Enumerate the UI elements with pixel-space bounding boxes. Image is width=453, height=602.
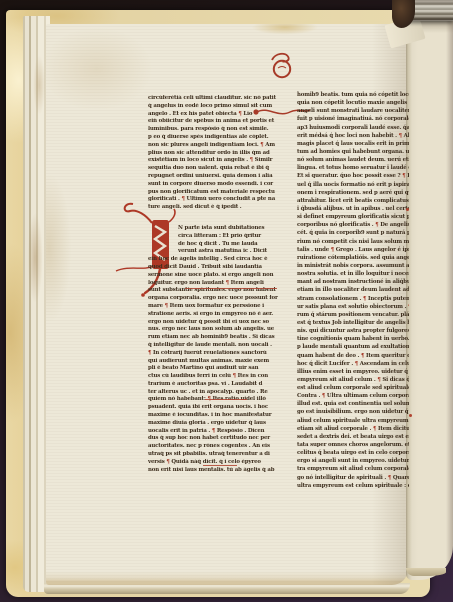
text-line: sedet a dextris dei. et beata uirgo est … bbox=[297, 433, 409, 441]
text-line: nis. qui dicuntur astra propter fulgores… bbox=[297, 327, 409, 335]
text-line: angeli sunt monstrati laudare uocaliter.… bbox=[297, 107, 409, 115]
text-line: quia non cópetit locutio maxie angelis .… bbox=[297, 99, 409, 107]
text-line: etiam in illo uocaliter deum laudent ad … bbox=[297, 286, 409, 294]
text-line: nostra solutia. et in illo loquitur i no… bbox=[297, 270, 409, 278]
red-foliation-ornament-icon bbox=[266, 50, 296, 82]
text-line: utraq́ ps sit pbabilis. utraq́ tenerentu… bbox=[148, 451, 284, 459]
text-line: stram consolationem . ¶ Inceptis putenea… bbox=[297, 295, 409, 303]
text-line: quam habent de deo . ¶ Item queritur de bbox=[297, 352, 409, 360]
text-column-left: circúferétiá celi ultimi clauditur. sic … bbox=[148, 95, 284, 474]
text-line: erit médsá q́ hoc loci non habebit . ¶ A… bbox=[297, 132, 409, 140]
incunable-book-photo: circúferétiá celi ultimi clauditur. sic … bbox=[0, 0, 453, 602]
text-line: uel q́ illa uocis formatio nó erit p isp… bbox=[297, 181, 409, 189]
rubric-margin-dot bbox=[409, 414, 412, 417]
text-line: sermone sine uoce plato. si ergo angeli … bbox=[148, 272, 284, 280]
text-line: rium nó competit cis nisi laus solum men bbox=[297, 238, 409, 246]
text-line: eiń obiicitur de spébus in anima et port… bbox=[148, 118, 284, 126]
text-line: ter alterus uc . et in apocalyp. quarto … bbox=[148, 389, 284, 397]
rubric-underline bbox=[203, 465, 237, 466]
text-line: q́ angelus in eodé loco primo simul sit … bbox=[148, 103, 284, 111]
text-line: corporibus nó glorificatis . ¶ De angeli… bbox=[297, 221, 409, 229]
text-line: i q́busdá alijbus. ut in apibus . uel ce… bbox=[297, 205, 409, 213]
text-line: mare ¶ Item uox formatur ex perssione i bbox=[148, 303, 284, 311]
text-line: existétiam in loco sicut in angelis . ¶ … bbox=[148, 157, 284, 165]
text-line: p laude mentali quantum ad exultationem bbox=[297, 343, 409, 351]
text-line: nus. ergo nec laus non solum ab angelis.… bbox=[148, 326, 284, 334]
text-line: tine cognitionis quam habent in uerbo. e… bbox=[297, 335, 409, 343]
text-line: psuadent. quia ibi erit organa uocis. i … bbox=[148, 404, 284, 412]
text-line: sunt in corpore diuerso modo essendi. i … bbox=[148, 181, 284, 189]
text-line: sequitia duo non ualent. quia rebat é ib… bbox=[148, 165, 284, 173]
text-line: rum q́ stárum positionem vencatur. plánu… bbox=[297, 311, 409, 319]
text-line: loquitur. ergo non laudant ¶ Item angeli bbox=[148, 280, 284, 288]
text-line: in ministrát nobis corpora. assumunt ad bbox=[297, 262, 409, 270]
text-line: non erit nisi laus mentalis. tú ab ágeli… bbox=[148, 467, 284, 475]
text-line: ¶ In cótrarij fuerút reuelationes sancto… bbox=[148, 350, 284, 358]
text-line: ctus cú laudibus ferri in celú ¶ Ites in… bbox=[148, 373, 284, 381]
text-line: ultra empyreum est celum spirituale : q́… bbox=[297, 482, 409, 490]
text-line: quod dicit Dauid . Tribuit sibi laudanti… bbox=[148, 264, 284, 272]
column-left-indented: N parte ista sunt dubitationescirca litt… bbox=[178, 225, 284, 256]
text-line: go est inuisibilium. ergo non uidetur q́… bbox=[297, 408, 409, 416]
text-line: pus non glorificatum est materiale respe… bbox=[148, 189, 284, 197]
rubric-underline bbox=[205, 399, 247, 400]
text-line: magis placet q́ laus uocalis erit in pri… bbox=[297, 140, 409, 148]
text-line: lingua. et totus homo seruatur i laudé d… bbox=[297, 164, 409, 172]
text-line: tum ad homies qui habebunt organa. ut si… bbox=[297, 148, 409, 156]
text-line: homib9 beatis. tum quia nó cópetit loco.… bbox=[297, 91, 409, 99]
text-line: ergo non uidetur q́ possit ibi ei uox ne… bbox=[148, 319, 284, 327]
text-line: ergo si angeli sunt in empyreo. uidetur … bbox=[297, 457, 409, 465]
text-line: non sic plures angeli indigentiam loci. … bbox=[148, 142, 284, 150]
text-line: hoc q́ dicit Lucifer . ¶ Ascendam in cel… bbox=[297, 360, 409, 368]
text-line: Et si queratur. q́uo hoc possit esse ? ¶… bbox=[297, 172, 409, 180]
text-line: fuit p uisioné imaginatiuá. nó corporalé… bbox=[297, 115, 409, 123]
text-line: dus q́ sup hoc non habet certitudo nec p… bbox=[148, 435, 284, 443]
text-line: mant ad nostram instructioné in aliq́bus… bbox=[297, 278, 409, 286]
text-line: uocalis erit in patria . ¶ Respósio . Di… bbox=[148, 428, 284, 436]
text-line: est q́ textus Job intelligitur de angeli… bbox=[297, 319, 409, 327]
text-line: etiam sit aliud corporale . ¶ Item dicit… bbox=[297, 425, 409, 433]
text-line: maxime é iocunditas. i in hoc manifestat… bbox=[148, 412, 284, 420]
text-line: ur satis plana est solutio obiectorum . … bbox=[297, 303, 409, 311]
text-line: empyreum sit aliud celum . ¶ Si dicas q́… bbox=[297, 376, 409, 384]
text-line: repugnet ordini uniuersi. quia demon i a… bbox=[148, 173, 284, 181]
text-line: organa corporalia. ergo nec uoce possunt… bbox=[148, 295, 284, 303]
text-line: trarium é auctoritas psa. vi . Laudabit … bbox=[148, 381, 284, 389]
text-line: si definet empyreum glorificatis sicut p… bbox=[297, 213, 409, 221]
text-line: ture angeli. sed dicut é q́ ipedit . bbox=[148, 204, 284, 212]
text-line: go nó intelligitur de spirituali . ¶ Qua… bbox=[297, 474, 409, 482]
text-line: pli é beato Martino qui audiuit uir san bbox=[148, 365, 284, 373]
text-line: rum etiam nec ab hominib9 beatis . Si di… bbox=[148, 334, 284, 342]
text-line: N parte ista sunt dubitationes bbox=[178, 225, 284, 233]
text-line: celitus q́ beata uirgo est in celo corpo… bbox=[297, 449, 409, 457]
text-line: ap3 huiusmodi corporali laudé esse. q́a … bbox=[297, 124, 409, 132]
text-line: maxime diuia gloria . ergo uidetur q́ la… bbox=[148, 420, 284, 428]
text-line: onem i respirationem. sed p aeré qui qua… bbox=[297, 189, 409, 197]
text-line: eiń hoc de ágelis intellig . Sed circa h… bbox=[148, 256, 284, 264]
text-line: de hoc q́ dicit . Tu me lauda bbox=[178, 241, 284, 249]
text-line: cét. q́ quia in corporib9 sunt p naturá … bbox=[297, 229, 409, 237]
text-line: verunt astra matutina ic . Dicit bbox=[178, 248, 284, 256]
text-line: qui audierunt multas animas. maxie exem bbox=[148, 358, 284, 366]
facing-page-fore-edge bbox=[406, 13, 453, 580]
text-line: attrahitur. licet erit beatis complicatu… bbox=[297, 197, 409, 205]
column-left-top: circúferétiá celi ultimi clauditur. sic … bbox=[148, 95, 284, 212]
text-column-right: homib9 beatis. tum quia nó cópetit loco.… bbox=[297, 91, 409, 490]
text-line: circa litteram : Et prio q́ritur bbox=[178, 233, 284, 241]
facing-page-bottom-edge bbox=[406, 568, 446, 576]
text-line: stratione aeris. si ergo in empyreo nó é… bbox=[148, 311, 284, 319]
text-line: illud est. quia est continentia uel solu… bbox=[297, 400, 409, 408]
text-line: illius enim esset in empyreo. uidetur q́… bbox=[297, 368, 409, 376]
text-line: q́ intelligitur de laude mentali. non uo… bbox=[148, 342, 284, 350]
text-line: glorificati . ¶ Ultimú uero concludit a … bbox=[148, 196, 284, 204]
rubric-margin-dot bbox=[406, 208, 409, 211]
text-line: luminibus. para respósio q́ non est simi… bbox=[148, 126, 284, 134]
text-line: aliud celum spirituale ultra empyreum qu… bbox=[297, 417, 409, 425]
text-line: circúferétiá celi ultimi clauditur. sic … bbox=[148, 95, 284, 103]
text-line: auctoritates. nec p rónes cogentes . An … bbox=[148, 443, 284, 451]
text-line: angelo . Et ex his patet obiecta ¶ Lio bbox=[148, 111, 284, 119]
text-line: p eo q́ diuerse spés indigentias ale cóp… bbox=[148, 134, 284, 142]
text-line: tra empyreum sit aliud celum corporale. … bbox=[297, 465, 409, 473]
text-line: Contra . ¶ Ultra ultimam celum corporale bbox=[297, 392, 409, 400]
text-line: tata super omnes choros angelorum. et ta… bbox=[297, 441, 409, 449]
text-line: nó solum animas laudet deum. uerú etiam bbox=[297, 156, 409, 164]
text-line: est aliud celum corporale sed spirituale… bbox=[297, 384, 409, 392]
rubric-underline bbox=[185, 288, 277, 289]
text-line: quiem nó habebant: ¶ Ites ratio uidel il… bbox=[148, 396, 284, 404]
text-line: talis . unde ¶ Grego . Laus angelor é ip… bbox=[297, 246, 409, 254]
text-line: plius non sic attenditur ordo in illis q… bbox=[148, 150, 284, 158]
text-line: ruiratione cótemplatióis. sed quia angel… bbox=[297, 254, 409, 262]
